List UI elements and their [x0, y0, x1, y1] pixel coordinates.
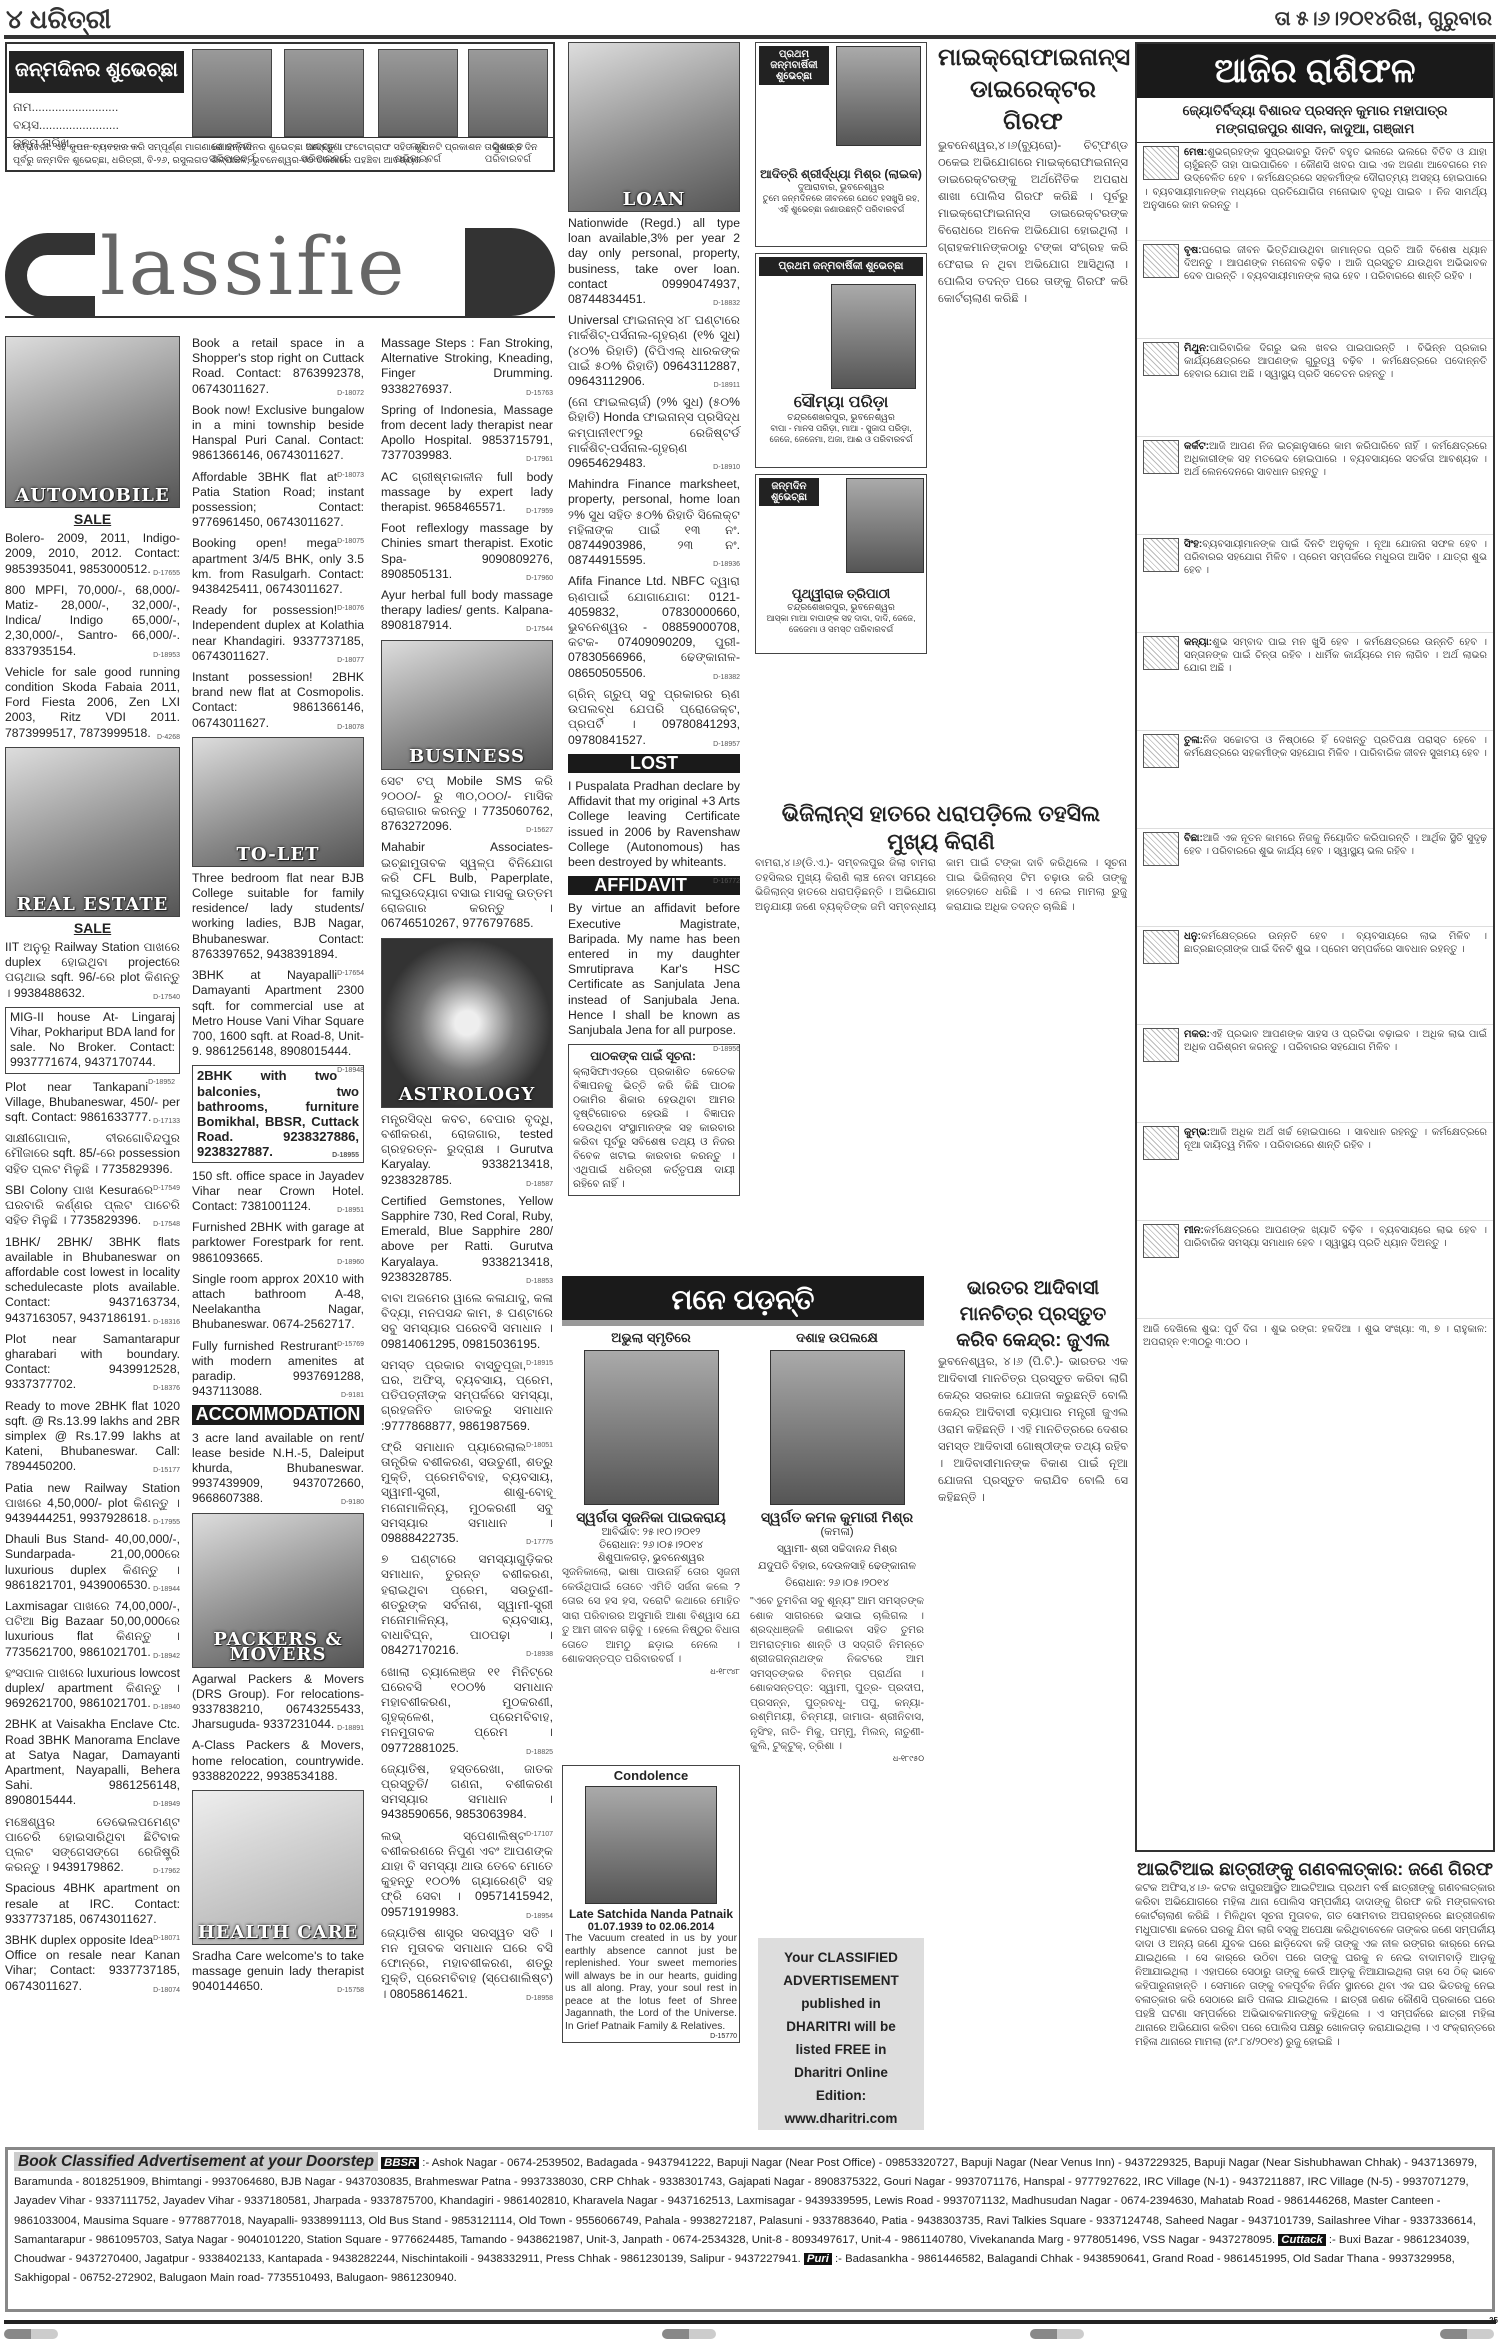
horoscope-sign: ସିଂହ:ବ୍ୟବସାୟୀମାନଙ୍କ ପାଇଁ ଦିନଟି ଅନୁକୂଳ । … — [1137, 535, 1493, 633]
horoscope-sign: କୁମ୍ଭ:ଆଜି ଅଧିକ ଅର୍ଥ ଖର୍ଚ୍ଚ ହୋଇପାରେ । ସାବ… — [1137, 1123, 1493, 1221]
classified-ad: ଖୋଲା ଚ୍ୟାଲେଞ୍ଜ ୧୧ ମିନିଟ୍‌ରେ ଘରେବସି ୧୦୦% … — [381, 1665, 553, 1756]
iti-news: ଆଇଟିଆଇ ଛାତ୍ରୀଙ୍କୁ ଗଣବଳାତ୍କାର: ଜଣେ ଗିରଫ କ… — [1135, 1856, 1495, 2050]
classified-ad: Sradha Care welcome's to take massage ge… — [192, 1949, 364, 1995]
sale-heading: SALE — [5, 921, 180, 936]
zodiac-icon — [1143, 538, 1179, 572]
classified-ad: 800 MPFI, 70,000/-, 68,000/- Matiz- 28,0… — [5, 583, 180, 659]
classified-ad: ହଂସପାଳ ପାଖରେ luxurious lowcost duplex/ a… — [5, 1666, 180, 1712]
zodiac-icon — [1143, 1126, 1179, 1160]
classified-ad: Spring of Indonesia, Massage from decent… — [381, 403, 553, 464]
classified-ad: MIG-II house At- Lingaraj Vihar, Pokhari… — [5, 1007, 180, 1074]
classified-ad: 1BHK/ 2BHK/ 3BHK flats available in Bhub… — [5, 1235, 180, 1326]
tribal-map-news: ଭାରତର ଆଦିବାସୀ ମାନଚିତ୍ର ପ୍ରସ୍ତୁତ କରିବ କେନ… — [938, 1276, 1128, 1914]
classified-banner: lassifie — [5, 228, 555, 318]
classified-ad: Certified Gemstones, Yellow Sapphire 730… — [381, 1194, 553, 1285]
zodiac-icon — [1143, 930, 1179, 964]
zodiac-icon — [1143, 146, 1179, 180]
astrology-image: ASTROLOGY — [381, 938, 553, 1108]
header-rule — [4, 35, 1496, 39]
page-number: 25 — [1489, 2316, 1498, 2325]
classified-ad: Mahabir Associates- ଇଚ୍ଛାମୁତାବକ ସ୍ୱଳ୍ପ ବ… — [381, 840, 553, 931]
classified-ad: Book now! Exclusive bungalow in a mini t… — [192, 403, 364, 464]
classified-ad: 2BHK with two balconies, two bathrooms, … — [192, 1065, 364, 1162]
classified-ad: Nationwide (Regd.) all type loan availab… — [568, 216, 740, 307]
microfinance-news: ମାଇକ୍ରୋଫାଇନାନ୍ସ ଡାଇରେକ୍ଟର ଗିରଫ ଭୁବନେଶ୍ୱର… — [938, 42, 1128, 838]
classified-ad: Plot near Samantarapur gharabari with bo… — [5, 1332, 180, 1393]
horoscope-sign: ମୀନ:କର୍ମକ୍ଷେତ୍ରରେ ଆପଣଙ୍କ ଖ୍ୟାତି ବଢ଼ିବ । … — [1137, 1221, 1493, 1319]
page-header-date: ତା ୫।୬।୨୦୧୪ରିଖ, ଗୁରୁବାର — [1275, 8, 1492, 31]
real-estate-image: REAL ESTATE — [5, 747, 180, 917]
zodiac-icon — [1143, 244, 1179, 278]
name-field[interactable]: ନାମ.......................... — [13, 100, 118, 115]
birthday-photo — [468, 49, 548, 137]
birthday-photo — [378, 49, 458, 137]
reader-notice: ପାଠକଙ୍କ ପାଇଁ ସୂଚନା: କ୍ଲାସିଫାଏଡ୍‌ରେ ପ୍ରକା… — [568, 1044, 740, 1196]
horoscope-title: ଆଜିର ରାଶିଫଳ — [1137, 44, 1493, 98]
classified-wordmark: lassifie — [100, 220, 408, 313]
dharitri-link[interactable]: www.dharitri.com — [762, 2107, 920, 2130]
age-field[interactable]: ବୟସ........................ — [13, 118, 119, 133]
horoscope-sign: ଧନୁ:କର୍ମକ୍ଷେତ୍ରରେ ଉନ୍ନତି ହେବ । ବ୍ୟବସାୟରେ… — [1137, 927, 1493, 1025]
birthday-coupon: ଜନ୍ମଦିନର ଶୁଭେଚ୍ଛା ନାମ...................… — [5, 42, 555, 172]
registration-mark — [1030, 2329, 1084, 2339]
horoscope-sign: ମେଷ:ଶୁଭଗ୍ରହଙ୍କ ସୁପ୍ରଭାବରୁ ଦିନଟି ବହୁତ ଭଲର… — [1137, 143, 1493, 241]
business-image: BUSINESS — [381, 640, 553, 770]
horoscope-sign: ବୃଷ:ଘରୋଇ ଜୀବନ ଭିତ୍ତିଯାଉଥିବା ଜାମାନ୍ତର ପ୍ର… — [1137, 241, 1493, 339]
birthday-title: ଜନ୍ମଦିନର ଶୁଭେଚ୍ଛା — [9, 51, 184, 93]
classified-ad: ସେଟ ଟପ୍ Mobile SMS କରି ୨୦୦୦/- ରୁ ୩୦,୦୦୦/… — [381, 774, 553, 835]
birthday-photo — [192, 49, 272, 137]
classified-ad: ଜ୍ୟୋତିଷ, ହସ୍ତରେଖା, ଜାତକ ପ୍ରସ୍ତୁତି/ ଗଣନା,… — [381, 1762, 553, 1823]
classified-ad: Massage Steps : Fan Stroking, Alternativ… — [381, 336, 553, 397]
third-birthday-box: ଜନ୍ମଦିନ ଶୁଭେଚ୍ଛା ପୃଥ୍ୱୀରାଜ ତ୍ରିପାଠୀ ଚନ୍ଦ… — [755, 474, 927, 654]
classified-ad: Bolero- 2009, 2011, Indigo- 2009, 2010, … — [5, 531, 180, 577]
classified-ad: 2BHK at Vaisakha Enclave Ctc. Road 3BHK … — [5, 1717, 180, 1808]
birthday-photo — [284, 49, 364, 137]
zodiac-icon — [1143, 734, 1179, 768]
classified-ad: Agarwal Packers & Movers (DRS Group). Fo… — [192, 1672, 364, 1733]
horoscope-section: ଆଜିର ରାଶିଫଳ ଜ୍ୟୋତିର୍ବିଦ୍ୟା ବିଶାରଦ ପ୍ରସନ୍… — [1135, 42, 1495, 1852]
classified-ad: Single room approx 20X10 with attach bat… — [192, 1272, 364, 1333]
classified-ad: Dhauli Bus Stand- 40,00,000/-, Sundarpad… — [5, 1532, 180, 1593]
zodiac-icon — [1143, 636, 1179, 670]
classified-ad: Universal ଫାଇନାନ୍ସ ୪୮ ଘଣ୍ଟାରେ ମାର୍କଶିଟ୍-… — [568, 313, 740, 389]
booking-contacts: Book Classified Advertisement at your Do… — [5, 2147, 1495, 2312]
classified-ad: ମନ୍ତ୍ରସିଦ୍ଧ କବଚ, ବେପାର ବୃଦ୍ଧି, ବଶୀକରଣ, ର… — [381, 1112, 553, 1188]
city-tag-cuttack: Cuttack — [1278, 2234, 1325, 2246]
classified-ad: ଗ୍ରିନ୍ ଗ୍ରୁପ୍ ସବୁ ପ୍ରକାରର ଋଣ ଉପଲବ୍ଧ ଯେପର… — [568, 687, 740, 748]
zodiac-icon — [1143, 832, 1179, 866]
classified-ad: Furnished 2BHK with garage at parktower … — [192, 1220, 364, 1266]
registration-mark — [1440, 2329, 1494, 2339]
classified-c-shape — [5, 233, 95, 318]
registration-mark — [662, 2329, 716, 2339]
classified-ad: Three bedroom flat near BJB College suit… — [192, 871, 364, 962]
column-property-services: Book a retail space in a Shopper's stop … — [192, 336, 364, 2001]
health-care-image: HEALTH CARE — [192, 1790, 364, 1945]
second-birthday-box: ପ୍ରଥମ ଜନ୍ମବାର୍ଷିକୀ ଶୁଭେଚ୍ଛା ସୌମ୍ୟା ପରିଡ଼… — [755, 253, 927, 468]
classified-ad: Patia new Railway Station ପାଖରେ 4,50,000… — [5, 1481, 180, 1527]
classified-ad: ଫ୍ରି ସମାଧାନ ପ୍ୟାରେଲାଲ ତାନ୍ତ୍ରିକ ବଶୀକରଣ, … — [381, 1440, 553, 1546]
loan-image: LOAN — [568, 42, 740, 212]
city-tag-puri: Puri — [804, 2253, 832, 2265]
vigilance-news: ଭିଜିଲାନ୍ସ ହାତରେ ଧରାପଡ଼ିଲେ ତହସିଲ ମୁଖ୍ୟ କି… — [755, 800, 1127, 1286]
accommodation-heading: ACCOMMODATION — [192, 1405, 364, 1424]
horoscope-sign: ମକର:ଏହି ପ୍ରଭାବ ଆପଣଙ୍କ ସାହସ ଓ ପ୍ରତିଭା ବଢ଼… — [1137, 1025, 1493, 1123]
automobile-image: AUTOMOBILE — [5, 336, 180, 508]
lost-heading: LOST — [568, 754, 740, 773]
classified-ad: Foot reflexlogy massage by Chinies smart… — [381, 521, 553, 582]
packers-movers-image: PACKERS & MOVERS — [192, 1513, 364, 1668]
classified-ad: 3 acre land available on rent/ lease bes… — [192, 1431, 364, 1507]
registration-mark — [4, 2329, 58, 2339]
column-loan-lost-affidavit: LOAN Nationwide (Regd.) all type loan av… — [568, 42, 740, 1196]
horoscope-sign: ତୁଳା:ନିଜ ସଚ୍ଚୋଟତା ଓ ନିଷ୍ଠାରେ ହିଁ ଦେଖନ୍ତୁ… — [1137, 731, 1493, 829]
classified-ad: By virtue an affidavit before Executive … — [568, 901, 740, 1038]
column-massage-astrology: Massage Steps : Fan Stroking, Alternativ… — [381, 336, 553, 2008]
classified-ad: Vehicle for sale good running condition … — [5, 665, 180, 741]
classified-ad: Instant possession! 2BHK brand new flat … — [192, 670, 364, 731]
page-header-left: ୪ ଧରିତ୍ରୀ — [6, 4, 111, 36]
horoscope-sign: କର୍କଟ:ଆଜି ଆପଣ ନିଜ ଇଚ୍ଛାନୁସାରେ କାମ କରିପାର… — [1137, 437, 1493, 535]
classified-ad: 3BHK at Nayapalli Damayanti Apartment 23… — [192, 968, 364, 1059]
classified-ad: A-Class Packers & Movers, home relocatio… — [192, 1738, 364, 1784]
column-birthday-wishes: ପ୍ରଥମ ଜନ୍ମବାର୍ଷିକୀ ଶୁଭେଚ୍ଛା ଆଦିତ୍ରି ଶ୍ରୀ… — [755, 42, 927, 822]
zodiac-icon — [1143, 440, 1179, 474]
classified-ad: IIT ଅନୁରୂ Railway Station ପାଖରେ duplex ହ… — [5, 940, 180, 1001]
classified-ad: ମଞ୍ଚେଶ୍ୱର ଡେଭେଲପମେଣ୍ଟ ପାଚେରି ହୋଇସାରିଥିବା… — [5, 1815, 180, 1876]
horoscope-sign: ମିଥୁନ:ପାରିବାରିକ ଦିଗରୁ ଭଲ ଖବର ପାଇପାରନ୍ତି … — [1137, 339, 1493, 437]
birthday-terms: ସର୍ତ୍ତାବଳୀ: ଏହି କୁପନ ବ୍ୟବହାର କରି ସମ୍ପୂର୍… — [7, 137, 553, 170]
classified-ad: Spacious 4BHK apartment on resale at IRC… — [5, 1881, 180, 1927]
classified-ad: AC ଗ୍ରୀଷ୍ମକାଳୀନ full body massage by exp… — [381, 470, 553, 516]
classified-ad: ବାବା ଅଜମେର ୱାଲେ କଳାଯାଦୁ, କଳା ବିଦ୍ୟା, ମନପ… — [381, 1291, 553, 1352]
column-automobile-realestate: AUTOMOBILE SALE Bolero- 2009, 2011, Indi… — [5, 336, 180, 2000]
classified-d-shape — [465, 228, 555, 316]
classified-ad: Book a retail space in a Shopper's stop … — [192, 336, 364, 397]
classified-ad: 150 sft. office space in Jayadev Vihar n… — [192, 1169, 364, 1215]
online-edition-promo: Your CLASSIFIEDADVERTISEMENTpublished in… — [758, 1938, 924, 2130]
classified-ad: Afifa Finance Ltd. NBFC ଦ୍ୱାରା ଋଣପାଇଁ ଯୋ… — [568, 574, 740, 680]
condolence-box: Condolence Late Satchida Nanda Patnaik 0… — [562, 1765, 740, 2043]
classified-ad: ଜ୍ୟୋତିଷ ଶାସ୍ତ୍ର ସରସ୍ୱତ ସତି । ମନ ମୁତାବକ ସ… — [381, 1926, 553, 2002]
zodiac-icon — [1143, 1028, 1179, 1062]
classified-ad: I Puspalata Pradhan declare by Affidavit… — [568, 779, 740, 870]
footer-rule — [4, 2320, 1496, 2324]
sale-heading: SALE — [5, 512, 180, 527]
zodiac-icon — [1143, 1224, 1179, 1258]
classified-ad: ସାକ୍ଷୀଗୋପାଳ, ବୀରଗୋବିନ୍ଦପୁର ମୌଜାରେ sqft. … — [5, 1131, 180, 1177]
classified-ad: Ayur herbal full body massage therapy la… — [381, 588, 553, 634]
classified-ad: (ନୋ ଫାଇଲଚାର୍ଜ) (୨% ସୁଧ) (୫୦% ରିହାତି) Hon… — [568, 395, 740, 471]
horoscope-sign: ବିଛା:ଆଜି ଏକ ନୂତନ କାମରେ ନିଜକୁ ନିୟୋଜିତ କରି… — [1137, 829, 1493, 927]
astrologer-info: ଜ୍ୟୋତିର୍ବିଦ୍ୟା ବିଶାରଦ ପ୍ରସନ୍ନ କୁମାର ମହାପ… — [1137, 98, 1493, 143]
classified-ad: Mahindra Finance marksheet, property, pe… — [568, 477, 740, 568]
remembrance-right: ଦଶାହ ଉପଲକ୍ଷେ ସ୍ୱର୍ଗତ କମଳ କୁମାରୀ ମିଶ୍ର (କ… — [750, 1330, 924, 1764]
first-birthday-box: ପ୍ରଥମ ଜନ୍ମବାର୍ଷିକୀ ଶୁଭେଚ୍ଛା ଆଦିତ୍ରି ଶ୍ରୀ… — [755, 42, 927, 247]
horoscope-footer: ଆଜି ଦେଖିଲେ ଶୁଭ: ପୂର୍ବ ଦିଗ । ଶୁଭ ରଙ୍ଗ: ହଳ… — [1137, 1319, 1493, 1353]
city-tag-bbsr: BBSR — [381, 2157, 419, 2169]
classified-ad: ଲଭ୍ ସ୍ପେଶାଲିଷ୍ଟ ବଶୀକରଣରେ ନିପୁଣ ଏବଂ ଆପଣଙ୍… — [381, 1829, 553, 1920]
horoscope-sign: କନ୍ୟା:ଶୁଭ ସମ୍ବାଦ ପାଇ ମନ ଖୁସି ହେବ । କର୍ମକ… — [1137, 633, 1493, 731]
to-let-image: TO-LET — [192, 737, 364, 867]
remembrance-banner: ମନେ ପଡ଼ନ୍ତି — [562, 1276, 924, 1326]
zodiac-icon — [1143, 342, 1179, 376]
booking-title: Book Classified Advertisement at your Do… — [14, 2152, 378, 2171]
classified-ad: ୭ ଘଣ୍ଟାରେ ସମସ୍ୟାଗୁଡ଼ିକର ସମାଧାନ, ତୁରନ୍ତ ବ… — [381, 1552, 553, 1658]
classified-ad: Laxmisagar ପାଖରେ 74,00,000/-, ପଟିଆ Big B… — [5, 1599, 180, 1660]
classified-ad: Ready to move 2BHK flat 1020 sqft. @ Rs.… — [5, 1399, 180, 1475]
remembrance-left: ଅଭୁଲା ସ୍ମୃତିରେ ସ୍ୱର୍ଗତା ସୃଜନିକା ପାଇକରାୟ … — [562, 1330, 740, 1677]
